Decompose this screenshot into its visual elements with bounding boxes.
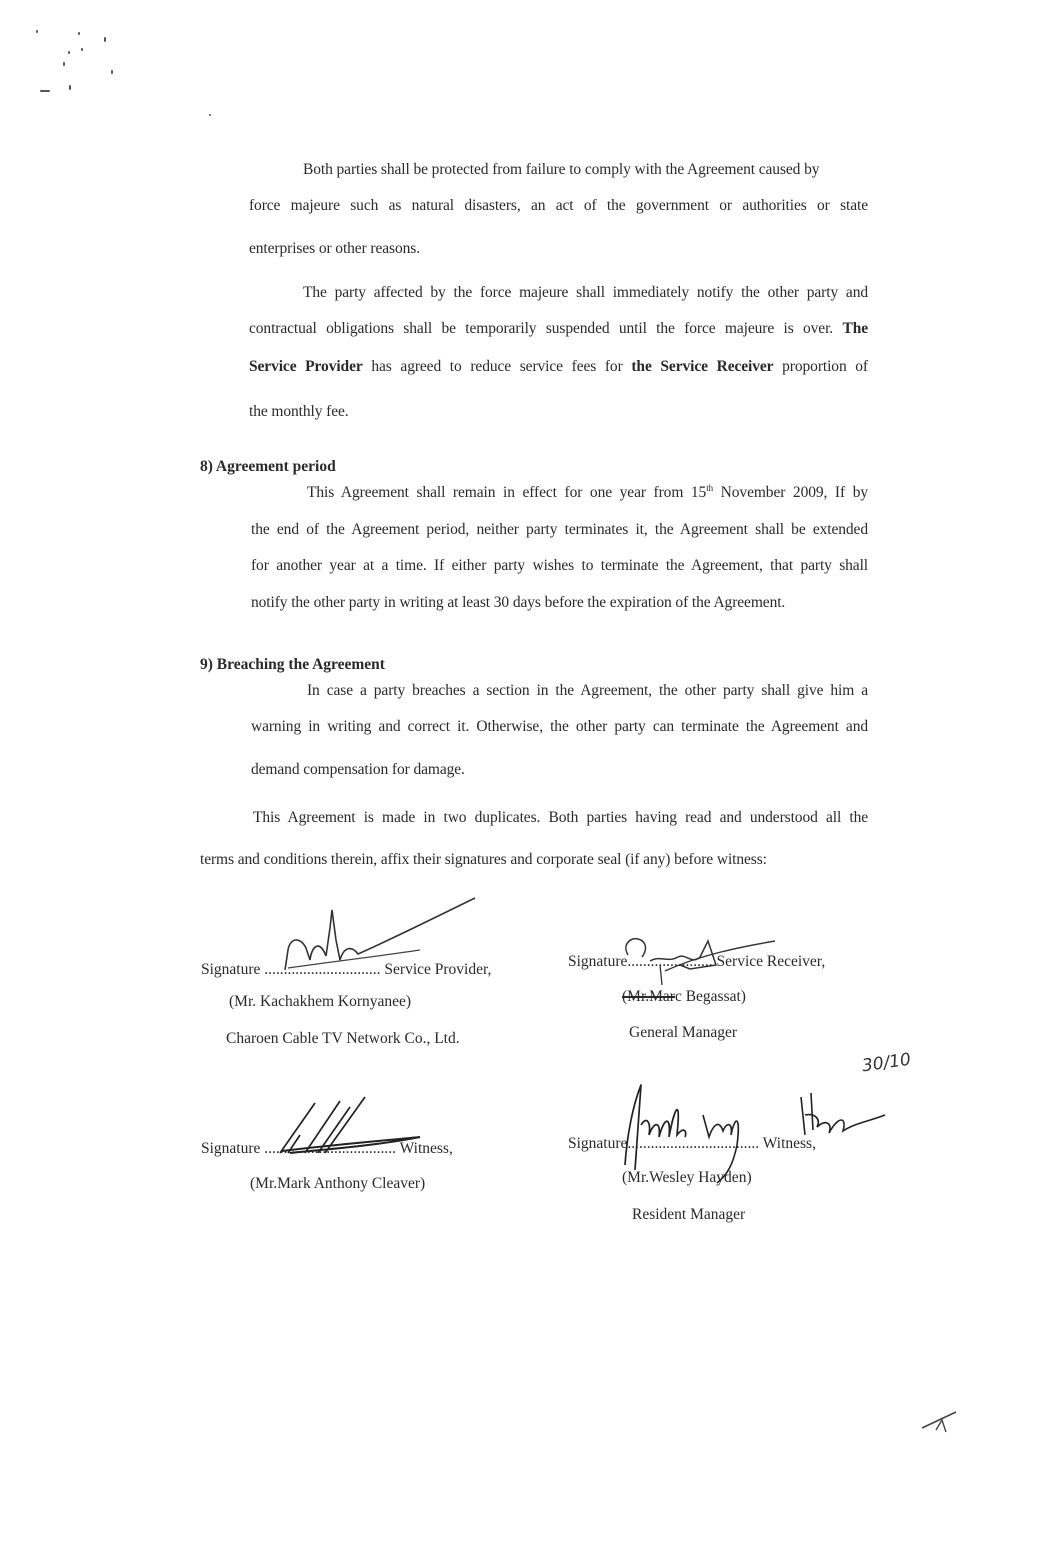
text-line: Both parties shall be protected from fai… xyxy=(303,161,868,179)
witness-2-title: Resident Manager xyxy=(632,1206,745,1224)
page-mark-icon xyxy=(920,1408,960,1438)
section-8-heading: 8) Agreement period xyxy=(200,458,336,476)
text-line: the monthly fee. xyxy=(249,403,349,421)
witness-2-name: (Mr.Wesley Hayden) xyxy=(622,1169,752,1187)
section-9-heading: 9) Breaching the Agreement xyxy=(200,656,385,674)
witness-1-signature-line: Signature ..............................… xyxy=(201,1140,453,1158)
bold-span: The xyxy=(842,320,868,337)
witness-2-signature-line: Signature...............................… xyxy=(568,1135,816,1153)
signature-label: Signature xyxy=(568,953,627,970)
text-span: contractual obligations shall be tempora… xyxy=(249,320,833,337)
signature-label: Signature xyxy=(201,961,260,978)
signature-role: Witness, xyxy=(763,1135,816,1152)
text-line: for another year at a time. If either pa… xyxy=(251,557,868,575)
text-line: the end of the Agreement period, neither… xyxy=(251,521,868,539)
text-line: demand compensation for damage. xyxy=(251,761,465,779)
provider-signature-line: Signature ..............................… xyxy=(201,961,491,979)
receiver-title: General Manager xyxy=(629,1024,737,1042)
receiver-name: (Mr.Marc Begassat) xyxy=(622,988,746,1006)
text-span: This Agreement shall remain in effect fo… xyxy=(307,484,706,501)
text-line: Service Provider has agreed to reduce se… xyxy=(249,358,868,376)
bold-span: Service Provider xyxy=(249,358,363,375)
text-line: force majeure such as natural disasters,… xyxy=(249,197,868,215)
text-line: contractual obligations shall be tempora… xyxy=(249,320,868,338)
ordinal-suffix: th xyxy=(706,483,713,493)
text-line: terms and conditions therein, affix thei… xyxy=(200,851,767,869)
handwritten-date: 30/10 xyxy=(861,1050,912,1077)
provider-company: Charoen Cable TV Network Co., Ltd. xyxy=(226,1030,460,1048)
signature-role: Witness, xyxy=(400,1140,453,1157)
text-line: This Agreement is made in two duplicates… xyxy=(253,809,868,827)
text-span: c Begassat) xyxy=(675,988,746,1005)
signature-dots: ...................... xyxy=(627,953,712,970)
signature-dots: .................................. xyxy=(264,1140,396,1157)
text-span: has agreed to reduce service fees for xyxy=(371,358,622,375)
signature-label: Signature xyxy=(568,1135,627,1152)
signature-role: Service Receiver, xyxy=(717,953,826,970)
provider-name: (Mr. Kachakhem Kornyanee) xyxy=(229,993,411,1011)
signature-role: Service Provider, xyxy=(384,961,491,978)
text-line: The party affected by the force majeure … xyxy=(303,284,868,302)
text-span: November 2009, If by xyxy=(721,484,868,501)
bold-span: the Service Receiver xyxy=(631,358,773,375)
text-line: This Agreement shall remain in effect fo… xyxy=(307,484,868,502)
text-line: enterprises or other reasons. xyxy=(249,240,420,258)
struck-text: (Mr.Mar xyxy=(622,988,675,1005)
text-line: In case a party breaches a section in th… xyxy=(307,682,868,700)
witness-1-name: (Mr.Mark Anthony Cleaver) xyxy=(250,1175,425,1193)
receiver-signature-line: Signature...................... Service … xyxy=(568,953,825,971)
text-line: notify the other party in writing at lea… xyxy=(251,594,785,612)
text-line: warning in writing and correct it. Other… xyxy=(251,718,868,736)
signature-dots: .................................. xyxy=(627,1135,759,1152)
text-span: proportion of xyxy=(782,358,868,375)
signature-dots: .............................. xyxy=(264,961,380,978)
signature-label: Signature xyxy=(201,1140,260,1157)
